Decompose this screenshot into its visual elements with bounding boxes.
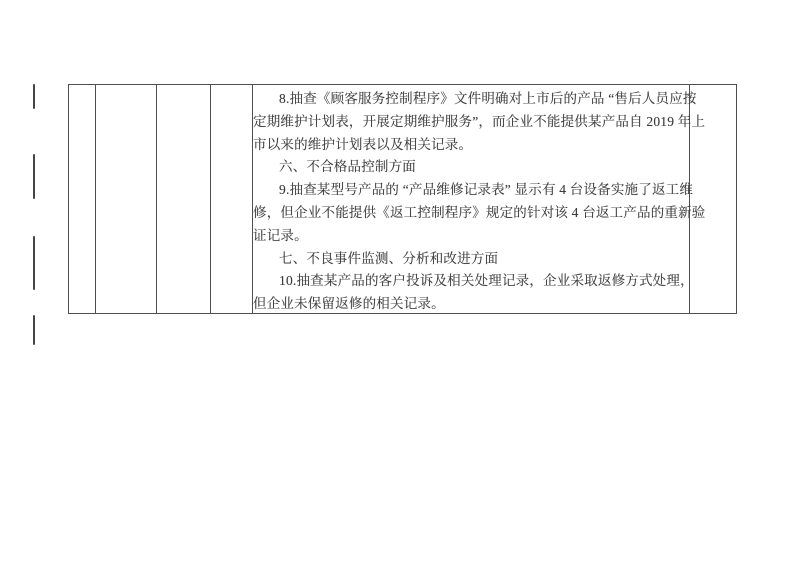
finding-text-line: 市以来的维护计划表以及相关记录。	[253, 134, 689, 157]
finding-text-line: 9.抽查某型号产品的 “产品维修记录表” 显示有 4 台设备实施了返工维	[253, 179, 689, 202]
finding-text-line: 七、不良事件监测、分析和改进方面	[253, 248, 689, 271]
table-cell-empty-5	[690, 85, 736, 313]
finding-text-line: 8.抽查《顾客服务控制程序》文件明确对上市后的产品 “售后人员应按	[253, 88, 689, 111]
table-cell-empty-1	[69, 85, 96, 313]
table-cell-empty-3	[157, 85, 211, 313]
document-page: 8.抽查《顾客服务控制程序》文件明确对上市后的产品 “售后人员应按定期维护计划表…	[0, 0, 800, 565]
margin-mark	[33, 154, 35, 199]
finding-text-line: 但企业未保留返修的相关记录。	[253, 293, 689, 316]
margin-mark	[33, 84, 35, 109]
finding-text-line: 定期维护计划表，开展定期维护服务”，而企业不能提供某产品自 2019 年上	[253, 111, 689, 134]
margin-mark	[33, 236, 35, 290]
table-cell-empty-2	[96, 85, 157, 313]
margin-mark	[33, 315, 35, 345]
finding-text-line: 10.抽查某产品的客户投诉及相关处理记录，企业采取返修方式处理，	[253, 270, 689, 293]
audit-findings-table: 8.抽查《顾客服务控制程序》文件明确对上市后的产品 “售后人员应按定期维护计划表…	[68, 84, 737, 314]
table-cell-empty-4	[211, 85, 253, 313]
finding-text-line: 修，但企业不能提供《返工控制程序》规定的针对该 4 台返工产品的重新验	[253, 202, 689, 225]
table-cell-findings-text: 8.抽查《顾客服务控制程序》文件明确对上市后的产品 “售后人员应按定期维护计划表…	[253, 85, 690, 313]
finding-text-line: 六、不合格品控制方面	[253, 156, 689, 179]
finding-text-line: 证记录。	[253, 225, 689, 248]
